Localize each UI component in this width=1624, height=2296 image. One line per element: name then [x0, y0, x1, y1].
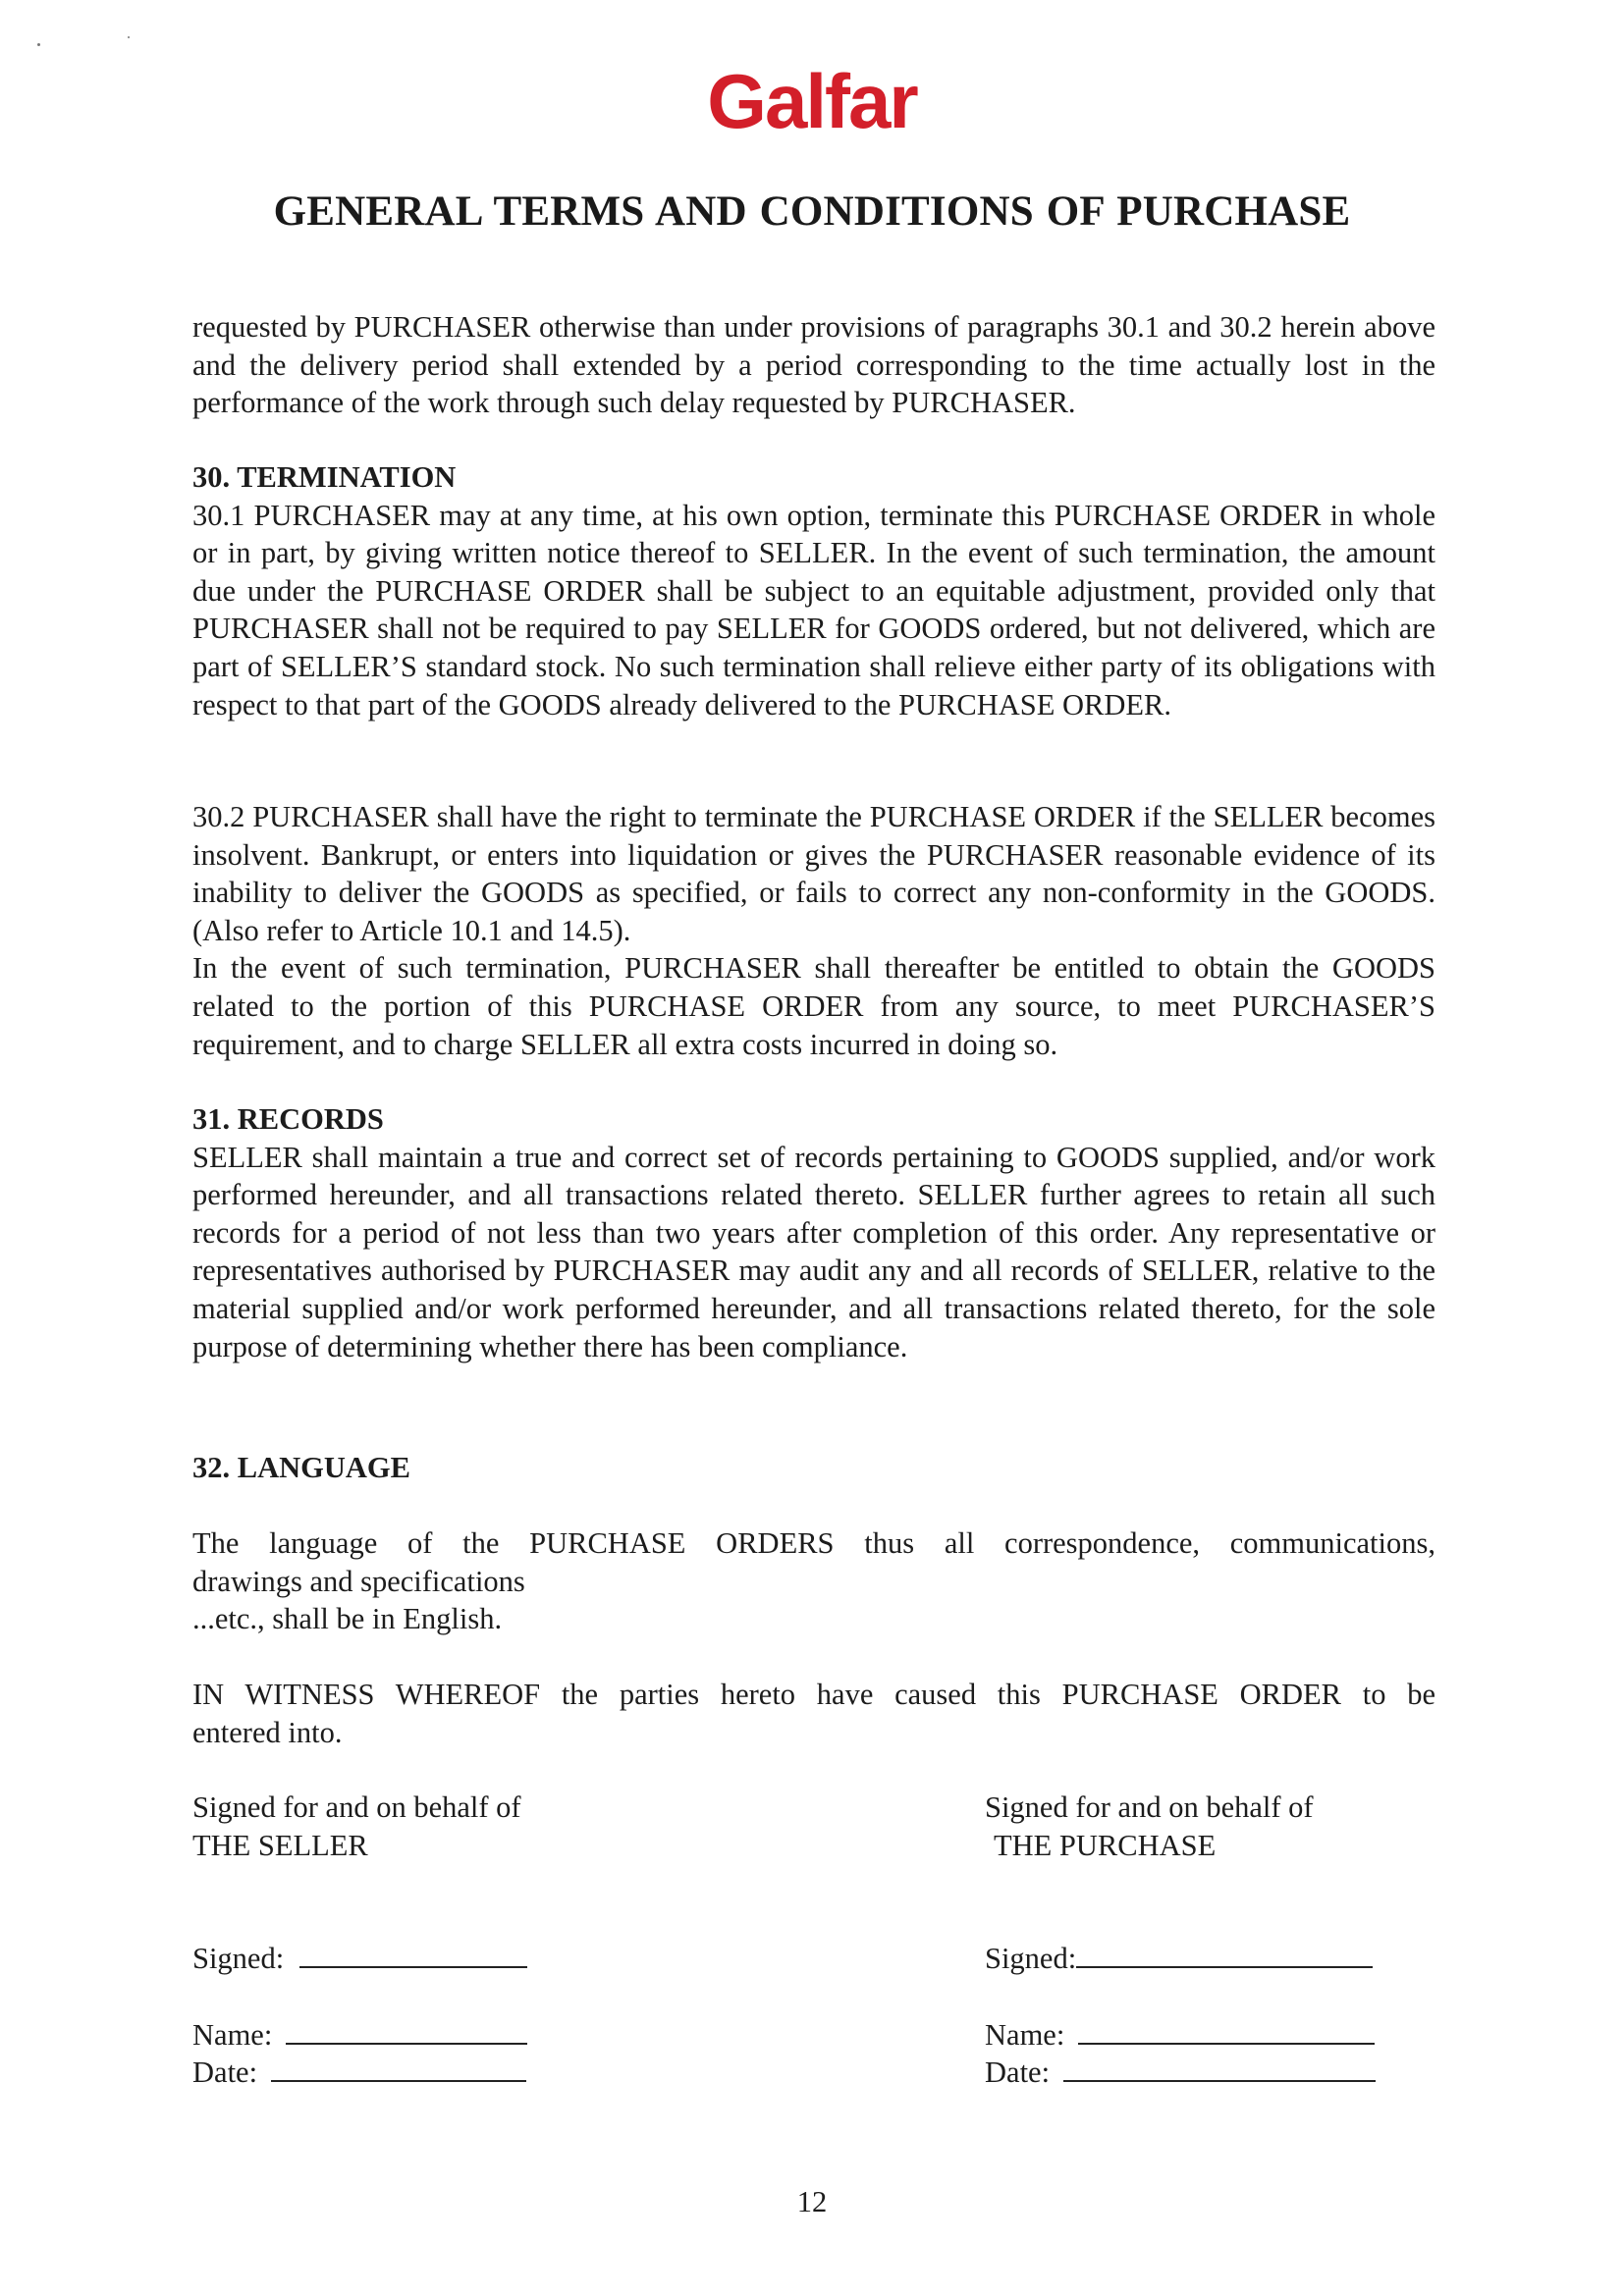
- section-termination-30-2: 30.2 PURCHASER shall have the right to t…: [192, 798, 1435, 1063]
- name-line[interactable]: [286, 2042, 527, 2045]
- language-paragraph: The language of the PURCHASE ORDERS thus…: [192, 1524, 1435, 1638]
- language-line-3: ...etc., shall be in English.: [192, 1600, 1435, 1638]
- purchaser-behalf-label: Signed for and on behalf of: [985, 1789, 1376, 1827]
- seller-signature-block: Signed for and on behalf of THE SELLER S…: [192, 1789, 527, 2092]
- document-title: GENERAL TERMS AND CONDITIONS OF PURCHASE: [0, 185, 1624, 240]
- signed-label: Signed:: [192, 1942, 284, 1975]
- records-paragraph: SELLER shall maintain a true and correct…: [192, 1139, 1435, 1366]
- signed-label: Signed:: [985, 1942, 1076, 1975]
- document-page: Galfar GENERAL TERMS AND CONDITIONS OF P…: [0, 0, 1624, 2296]
- scan-speck: [128, 36, 130, 38]
- page-number: 12: [0, 2185, 1624, 2219]
- purchaser-name-field[interactable]: Name:: [985, 2016, 1376, 2055]
- logo-text: Galfar: [707, 58, 916, 144]
- section-heading: 32. LANGUAGE: [192, 1449, 1435, 1487]
- witness-line-1: IN WITNESS WHEREOF the parties hereto ha…: [192, 1676, 1435, 1714]
- witness-line-2: entered into.: [192, 1714, 1435, 1752]
- date-line[interactable]: [271, 2079, 526, 2082]
- seller-behalf-label: Signed for and on behalf of: [192, 1789, 527, 1827]
- scan-speck: [37, 43, 40, 46]
- date-label: Date:: [192, 2056, 257, 2089]
- language-line-1: The language of the PURCHASE ORDERS thus…: [192, 1524, 1435, 1563]
- section-heading: 30. TERMINATION: [192, 458, 1435, 497]
- seller-party-label: THE SELLER: [192, 1827, 527, 1865]
- purchaser-party-label: THE PURCHASE: [985, 1827, 1376, 1865]
- name-line[interactable]: [1078, 2042, 1375, 2045]
- purchaser-signed-field[interactable]: Signed:: [985, 1940, 1376, 1978]
- date-label: Date:: [985, 2056, 1050, 2089]
- date-line[interactable]: [1063, 2079, 1376, 2082]
- seller-date-field[interactable]: Date:: [192, 2054, 527, 2092]
- section-heading: 31. RECORDS: [192, 1100, 1435, 1139]
- intro-section: requested by PURCHASER otherwise than un…: [192, 308, 1435, 422]
- signature-line[interactable]: [299, 1965, 527, 1968]
- language-line-2: drawings and specifications: [192, 1563, 1435, 1601]
- termination-paragraph-30-2: 30.2 PURCHASER shall have the right to t…: [192, 798, 1435, 949]
- seller-name-field[interactable]: Name:: [192, 2016, 527, 2055]
- section-language: 32. LANGUAGE: [192, 1449, 1435, 1487]
- name-label: Name:: [192, 2018, 272, 2052]
- purchaser-date-field[interactable]: Date:: [985, 2054, 1376, 2092]
- name-label: Name:: [985, 2018, 1064, 2052]
- witness-paragraph: IN WITNESS WHEREOF the parties hereto ha…: [192, 1676, 1435, 1751]
- signature-line[interactable]: [1076, 1965, 1373, 1968]
- section-termination: 30. TERMINATION 30.1 PURCHASER may at an…: [192, 458, 1435, 723]
- company-logo: Galfar: [0, 57, 1624, 145]
- termination-paragraph-30-1: 30.1 PURCHASER may at any time, at his o…: [192, 497, 1435, 724]
- intro-paragraph: requested by PURCHASER otherwise than un…: [192, 308, 1435, 422]
- purchaser-signature-block: Signed for and on behalf of THE PURCHASE…: [985, 1789, 1376, 2092]
- termination-paragraph-consequence: In the event of such termination, PURCHA…: [192, 949, 1435, 1063]
- section-records: 31. RECORDS SELLER shall maintain a true…: [192, 1100, 1435, 1365]
- seller-signed-field[interactable]: Signed:: [192, 1940, 527, 1978]
